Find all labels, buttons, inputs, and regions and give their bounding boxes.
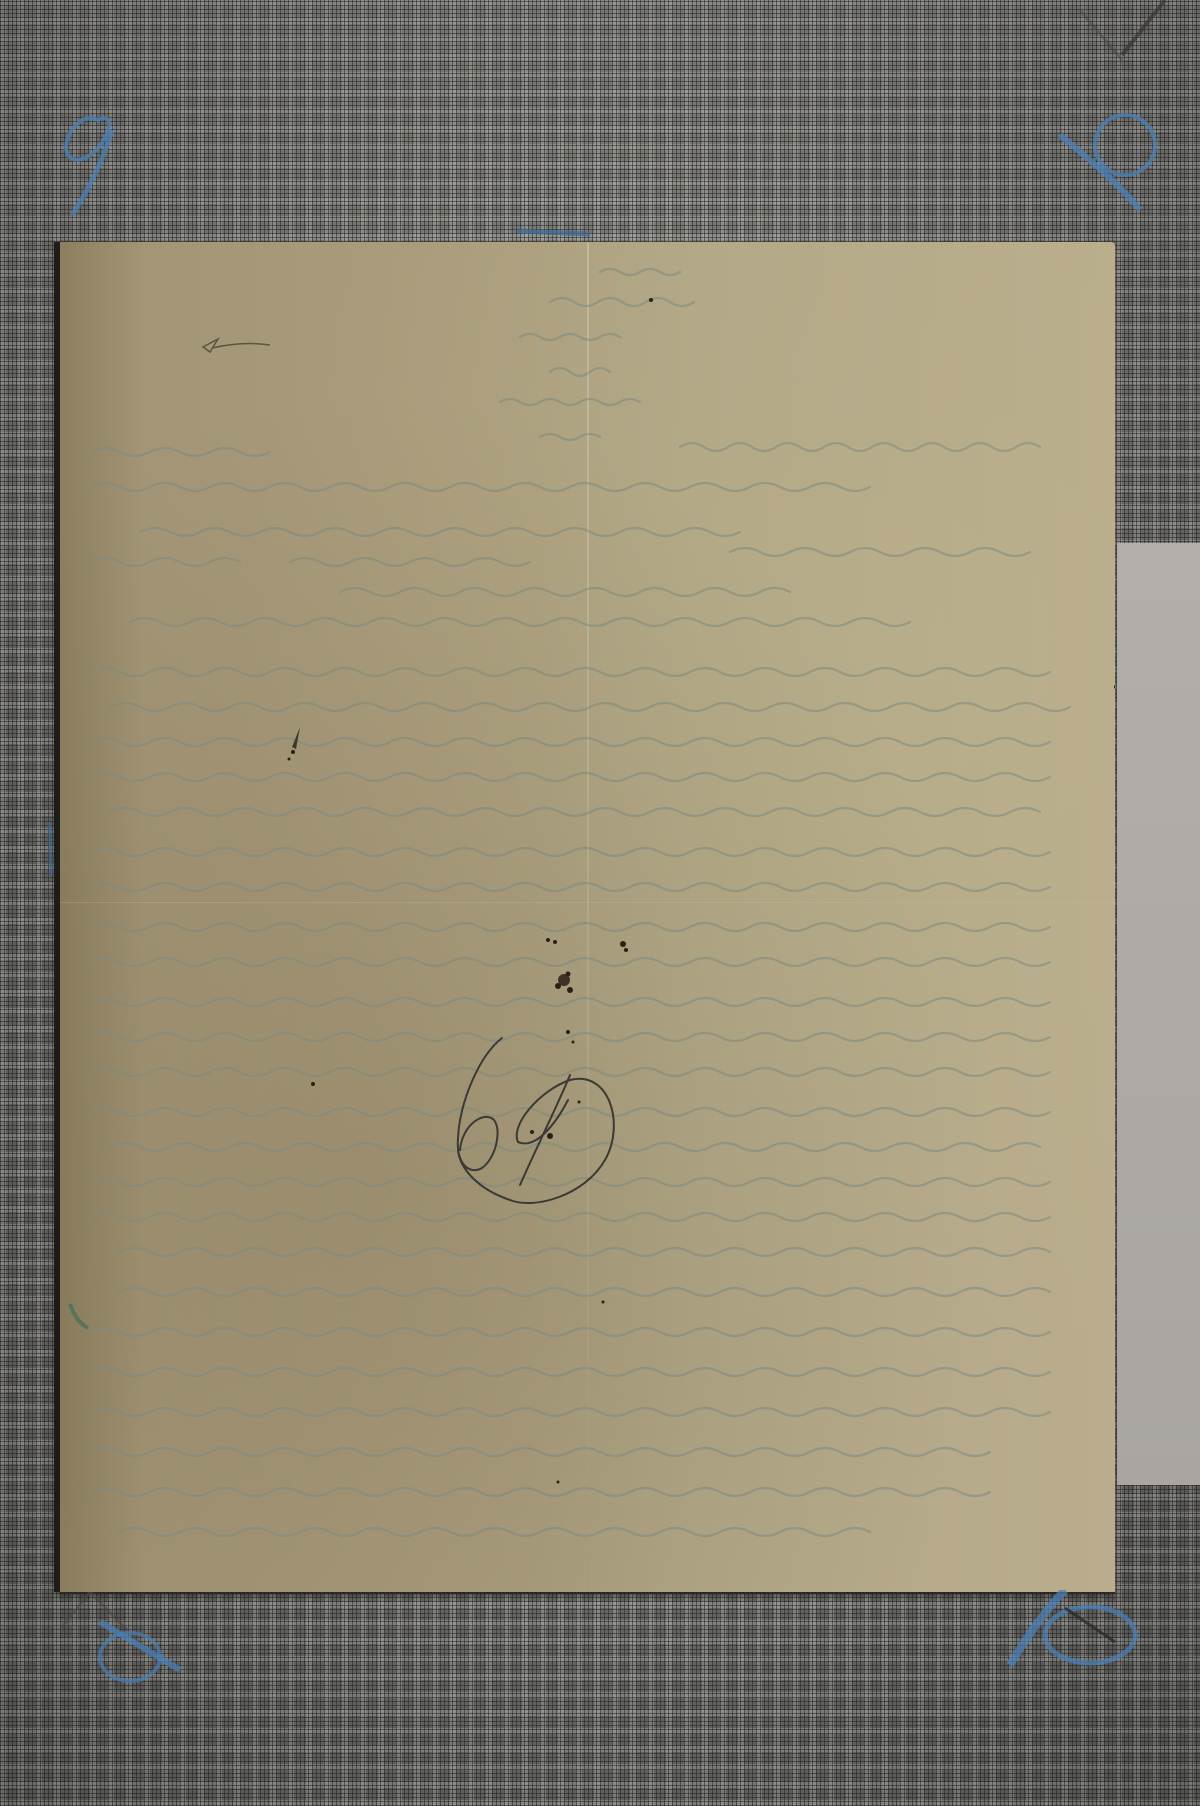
corner-mark-top-left-icon [40, 95, 140, 225]
corner-mark-top-left-label: 9 [0, 0, 1, 1]
corner-mark-bottom-left-label: 9 [0, 0, 1, 1]
stain-marks [60, 242, 1115, 1592]
registration-mark-left-icon [44, 820, 58, 880]
corner-mark-top-right-label: 9 [0, 0, 1, 1]
page-number-circle-icon [440, 1030, 630, 1220]
document-sheet: 69 [60, 242, 1115, 1592]
corner-mark-bottom-right-label: 9 [0, 0, 1, 1]
corner-mark-bottom-left-icon [60, 1592, 200, 1702]
corner-mark-top-right-icon [1010, 0, 1190, 230]
backing-card [1117, 543, 1200, 1485]
corner-mark-bottom-right-icon [1005, 1590, 1155, 1700]
registration-mark-top-icon [515, 225, 595, 239]
